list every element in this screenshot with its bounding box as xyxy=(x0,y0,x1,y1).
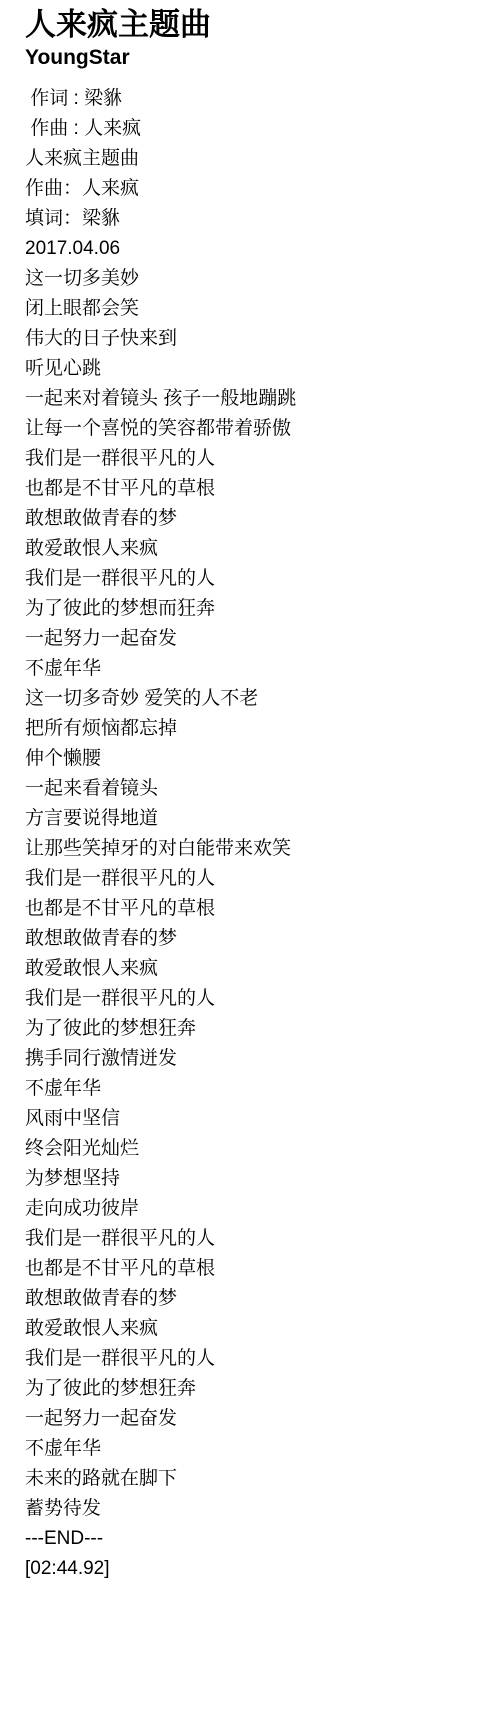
lyric-line: 敢想敢做青春的梦 xyxy=(25,504,480,534)
lyric-line: 闭上眼都会笑 xyxy=(25,294,480,324)
lyric-line: 作曲 : 人来疯 xyxy=(25,114,480,144)
lyric-line: 作词 : 梁貅 xyxy=(25,84,480,114)
lyric-line: 为了彼此的梦想而狂奔 xyxy=(25,594,480,624)
lyric-line: [02:44.92] xyxy=(25,1554,480,1584)
lyric-line: 伸个懒腰 xyxy=(25,744,480,774)
lyric-line: 一起努力一起奋发 xyxy=(25,624,480,654)
lyric-line: 一起努力一起奋发 xyxy=(25,1404,480,1434)
lyric-line: 敢想敢做青春的梦 xyxy=(25,1284,480,1314)
lyric-line: 我们是一群很平凡的人 xyxy=(25,1344,480,1374)
lyric-line: 敢爱敢恨人来疯 xyxy=(25,954,480,984)
lyric-line: 2017.04.06 xyxy=(25,234,480,264)
lyric-line: 不虚年华 xyxy=(25,1074,480,1104)
lyric-line: 也都是不甘平凡的草根 xyxy=(25,1254,480,1284)
lyric-line: ---END--- xyxy=(25,1524,480,1554)
lyric-line: 我们是一群很平凡的人 xyxy=(25,984,480,1014)
lyric-line: 填词：梁貅 xyxy=(25,204,480,234)
lyrics-page: 人来疯主题曲 YoungStar 作词 : 梁貅 作曲 : 人来疯人来疯主题曲作… xyxy=(0,0,500,1584)
lyric-line: 让那些笑掉牙的对白能带来欢笑 xyxy=(25,834,480,864)
lyric-line: 未来的路就在脚下 xyxy=(25,1464,480,1494)
lyric-line: 我们是一群很平凡的人 xyxy=(25,564,480,594)
lyric-line: 终会阳光灿烂 xyxy=(25,1134,480,1164)
lyric-line: 我们是一群很平凡的人 xyxy=(25,444,480,474)
lyric-line: 方言要说得地道 xyxy=(25,804,480,834)
lyric-line: 人来疯主题曲 xyxy=(25,144,480,174)
lyric-line: 走向成功彼岸 xyxy=(25,1194,480,1224)
lyric-line: 也都是不甘平凡的草根 xyxy=(25,474,480,504)
artist-name: YoungStar xyxy=(25,45,480,70)
lyric-line: 这一切多奇妙 爱笑的人不老 xyxy=(25,684,480,714)
lyric-line: 这一切多美妙 xyxy=(25,264,480,294)
lyric-line: 一起来对着镜头 孩子一般地蹦跳 xyxy=(25,384,480,414)
page-title: 人来疯主题曲 xyxy=(25,6,480,43)
lyric-line: 也都是不甘平凡的草根 xyxy=(25,894,480,924)
lyric-line: 敢爱敢恨人来疯 xyxy=(25,1314,480,1344)
lyric-line: 蓄势待发 xyxy=(25,1494,480,1524)
lyric-line: 为梦想坚持 xyxy=(25,1164,480,1194)
lyric-line: 为了彼此的梦想狂奔 xyxy=(25,1014,480,1044)
lyric-line: 为了彼此的梦想狂奔 xyxy=(25,1374,480,1404)
lyric-line: 让每一个喜悦的笑容都带着骄傲 xyxy=(25,414,480,444)
lyric-line: 风雨中坚信 xyxy=(25,1104,480,1134)
lyric-line: 听见心跳 xyxy=(25,354,480,384)
lyric-line: 一起来看着镜头 xyxy=(25,774,480,804)
lyric-line: 把所有烦恼都忘掉 xyxy=(25,714,480,744)
lyrics-list: 作词 : 梁貅 作曲 : 人来疯人来疯主题曲作曲：人来疯填词：梁貅2017.04… xyxy=(25,84,480,1584)
lyric-line: 伟大的日子快来到 xyxy=(25,324,480,354)
lyric-line: 敢想敢做青春的梦 xyxy=(25,924,480,954)
lyric-line: 作曲：人来疯 xyxy=(25,174,480,204)
lyric-line: 携手同行激情迸发 xyxy=(25,1044,480,1074)
lyric-line: 不虚年华 xyxy=(25,654,480,684)
lyric-line: 不虚年华 xyxy=(25,1434,480,1464)
lyric-line: 敢爱敢恨人来疯 xyxy=(25,534,480,564)
lyric-line: 我们是一群很平凡的人 xyxy=(25,864,480,894)
lyric-line: 我们是一群很平凡的人 xyxy=(25,1224,480,1254)
